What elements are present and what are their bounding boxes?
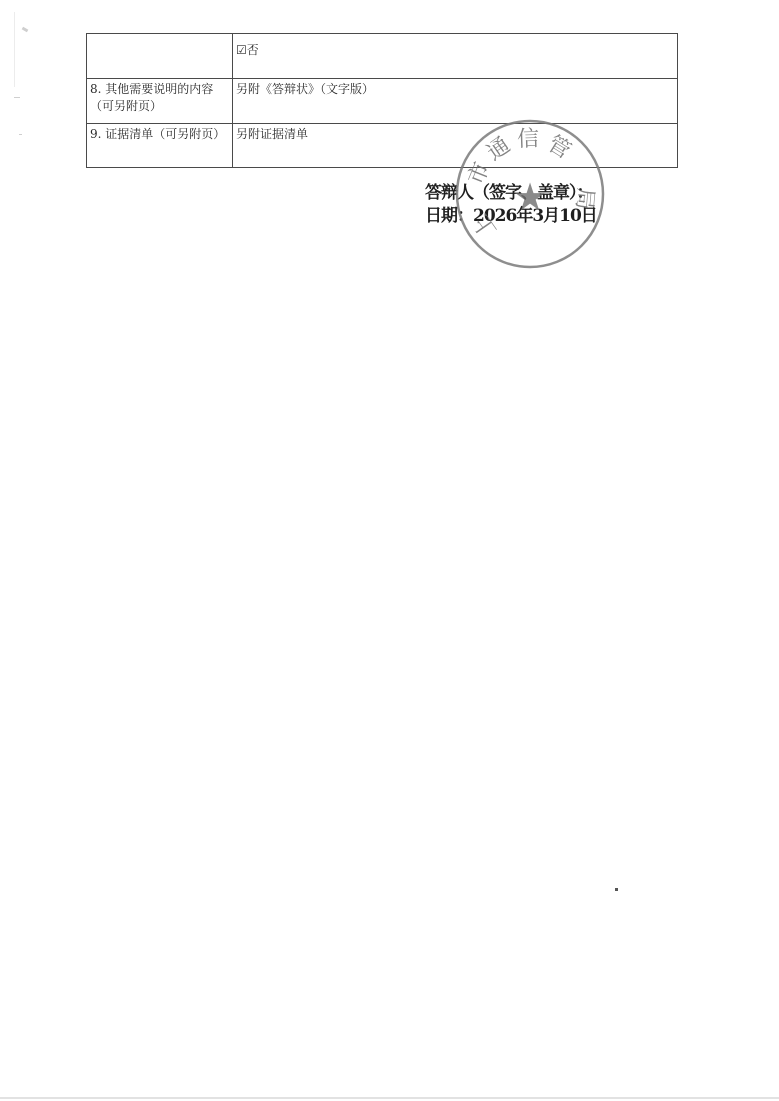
scan-artifact — [14, 12, 15, 87]
row-value: 另附《答辩状》（文字版） — [233, 79, 678, 124]
scan-artifact — [19, 134, 22, 135]
row-label — [87, 34, 233, 79]
scan-artifact — [22, 27, 29, 33]
table-row: 9. 证据清单（可另附页） 另附证据清单 — [87, 124, 678, 168]
row-value: ☑否 — [233, 34, 678, 79]
row-label: 9. 证据清单（可另附页） — [87, 124, 233, 168]
date-value: 2026年3月10日 — [473, 206, 597, 226]
form-table: ☑否 8. 其他需要说明的内容（可另附页） 另附《答辩状》（文字版） 9. 证据… — [86, 33, 678, 168]
scan-artifact — [14, 97, 20, 98]
signature-block: 答辩人（签字、盖章）： 日期：2026年3月10日 — [425, 182, 597, 228]
row-label: 8. 其他需要说明的内容（可另附页） — [87, 79, 233, 124]
date-line: 日期：2026年3月10日 — [425, 205, 597, 228]
checkbox-no-option: ☑否 — [236, 36, 674, 59]
date-label: 日期： — [425, 206, 473, 226]
row-value: 另附证据清单 — [233, 124, 678, 168]
respondent-label: 答辩人（签字、盖章）： — [425, 182, 597, 205]
table-row: 8. 其他需要说明的内容（可另附页） 另附《答辩状》（文字版） — [87, 79, 678, 124]
scan-edge — [0, 1097, 779, 1099]
scan-artifact — [615, 888, 618, 891]
table-row: ☑否 — [87, 34, 678, 79]
